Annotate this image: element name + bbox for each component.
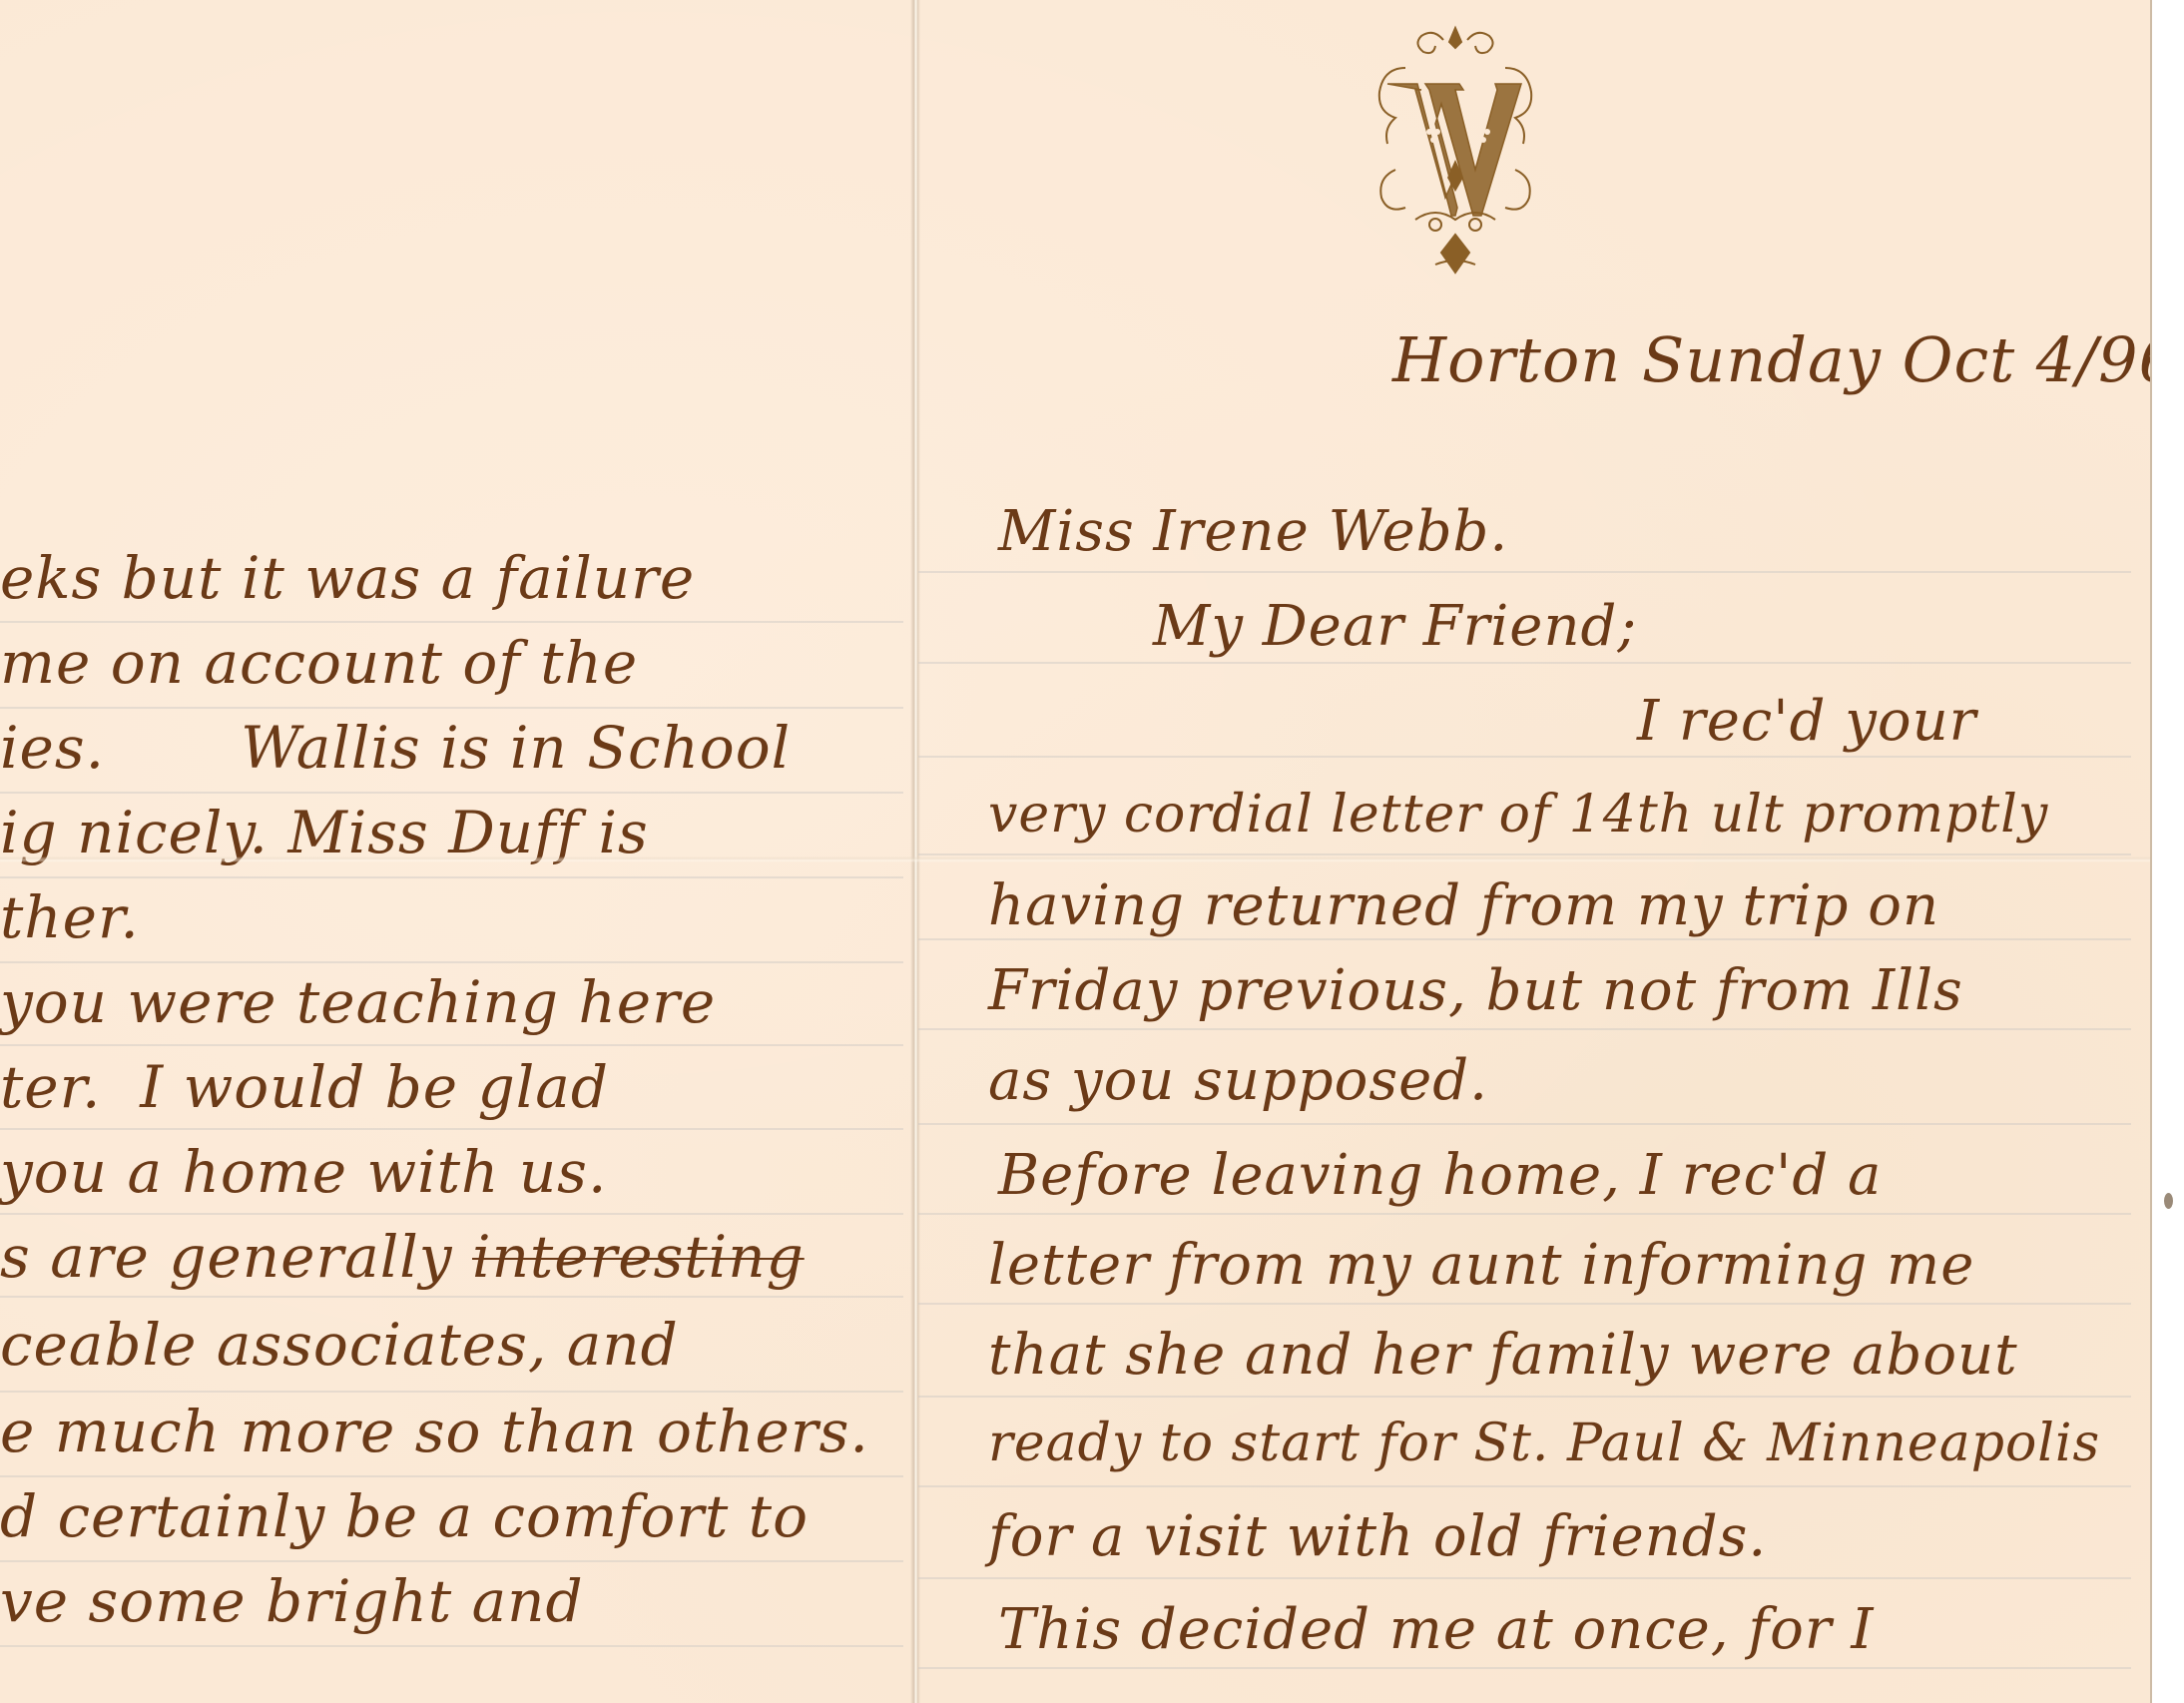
ruled-line	[918, 662, 2131, 664]
letter-line: I rec'd your	[1637, 694, 1976, 750]
letter-line: d certainly be a comfort to	[0, 1487, 809, 1545]
ruled-line	[0, 792, 903, 794]
letter-line: me on account of the	[0, 634, 638, 692]
ruled-line	[918, 571, 2131, 573]
letter-line: ies. Wallis is in School	[0, 719, 791, 777]
letter-line: ter. I would be glad	[0, 1058, 609, 1116]
letter-line: ther.	[0, 888, 140, 946]
letter-line: as you supposed.	[988, 1053, 1488, 1109]
letter-line: ceable associates, and	[0, 1316, 679, 1374]
letter-line: ve some bright and	[0, 1572, 584, 1630]
letter-scan: eks but it was a failure me on account o…	[0, 0, 2152, 1703]
ruled-line	[0, 876, 903, 878]
letter-line: that she and her family were about	[988, 1328, 2018, 1384]
ruled-line	[0, 1044, 903, 1046]
letter-line: s are generally interesting	[0, 1228, 805, 1286]
ruled-line	[0, 1560, 903, 1562]
letter-line: e much more so than others.	[0, 1403, 869, 1460]
ruled-line	[918, 1213, 2131, 1215]
ornate-monogram-w-icon	[1365, 20, 1545, 289]
ruled-line	[918, 1396, 2131, 1398]
letter-line: you a home with us.	[0, 1143, 607, 1201]
ruled-line	[0, 1213, 903, 1215]
letter-text: s are generally	[0, 1223, 472, 1291]
letter-line: Before leaving home, I rec'd a	[998, 1148, 1882, 1204]
letter-dateline: Horton Sunday Oct 4/96	[1392, 329, 2152, 391]
ruled-line	[0, 1645, 903, 1647]
ruled-line	[918, 756, 2131, 758]
paper-blemish	[2164, 1193, 2173, 1209]
ruled-line	[918, 1303, 2131, 1305]
letter-line: letter from my aunt informing me	[988, 1238, 1974, 1294]
struck-word: interesting	[472, 1223, 805, 1291]
ruled-line	[0, 961, 903, 963]
ruled-line	[0, 707, 903, 709]
letter-addressee: Miss Irene Webb.	[998, 504, 1508, 560]
ruled-line	[918, 853, 2131, 855]
ruled-line	[918, 1485, 2131, 1487]
letter-line: for a visit with old friends.	[988, 1509, 1767, 1565]
ruled-line	[0, 1296, 903, 1298]
letter-line: eks but it was a failure	[0, 549, 695, 607]
letter-line: you were teaching here	[0, 973, 716, 1031]
ruled-line	[918, 1123, 2131, 1125]
ruled-line	[0, 1391, 903, 1393]
ruled-line	[918, 1667, 2131, 1669]
ruled-line	[0, 1475, 903, 1477]
ruled-line	[918, 1028, 2131, 1030]
ruled-line	[918, 938, 2131, 940]
left-page: eks but it was a failure me on account o…	[0, 0, 913, 1703]
letter-line: having returned from my trip on	[988, 878, 1939, 934]
ruled-line	[0, 1128, 903, 1130]
ruled-line	[918, 1577, 2131, 1579]
ruled-line	[0, 621, 903, 623]
letter-line: very cordial letter of 14th ult promptly	[988, 789, 2048, 841]
letter-line: This decided me at once, for I	[998, 1602, 1875, 1658]
letter-salutation: My Dear Friend;	[1153, 599, 1637, 655]
letter-line: Friday previous, but not from Ills	[988, 963, 1963, 1019]
letter-line: ig nicely. Miss Duff is	[0, 804, 649, 861]
letter-line: ready to start for St. Paul & Minneapoli…	[988, 1418, 2100, 1469]
